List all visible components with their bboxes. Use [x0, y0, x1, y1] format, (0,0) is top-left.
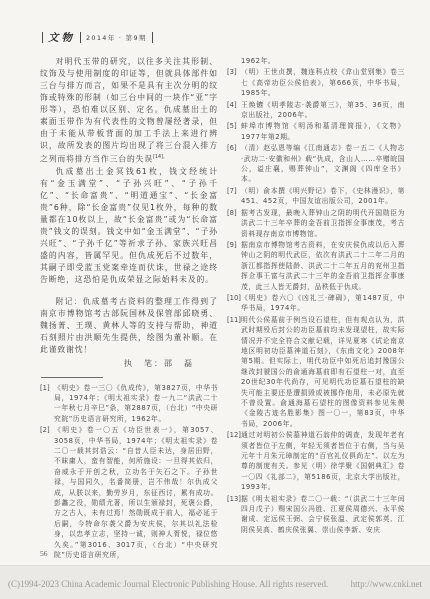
footnote-text: （明）俞本撰《明兴野记》卷下，《史林漫识》，第451、452页，中国友谊出版公司… [241, 186, 405, 207]
footnote-number [227, 56, 241, 66]
footnote-item: [7] （明）俞本撰《明兴野记》卷下，《史林漫识》，第451、452页，中国友谊… [227, 186, 405, 207]
journal-scan-page: 文物 2014年 · 第9期 对明代玉带的研究，以往多关注其形制、纹饰及与使用制… [0, 0, 430, 599]
footnote-item: [9] 据南京市博物馆考古资料，在安庆侯仇成以后入葬钟山之阴的明代武臣，依次有洪… [227, 240, 405, 292]
footnote-number: [8] [227, 208, 241, 239]
footnote-number: [4] [227, 100, 241, 121]
body-paragraph-2: 仇成墓出土金冥钱61枚，钱文经统计有“金玉满堂”、“子孙兴旺”、“子孙千亿”、“… [40, 166, 218, 286]
footnote-number: [2] [40, 425, 54, 560]
footnote-number: [1] [40, 383, 54, 425]
footnote-text: 《明史》卷六〇《凶礼三·碑碣》，第1487页，中华书局，1974年。 [241, 293, 405, 314]
footnote-text: 据《明太祖实录》卷二〇一载：“（洪武二十三年闰四月戊子）赐宋国公冯胜、江夏侯周德… [241, 494, 405, 536]
left-column: 对明代玉带的研究，以往多关注其形制、纹饰及与使用制度的印证等，但就具体部件如三台… [40, 56, 218, 564]
footnote-text: 明代公侯墓前于例当设石望柱，但有观点认为，洪武时期殁后封公的功臣墓前均未发现望柱… [241, 315, 405, 429]
footnote-item: [6] （清）赵弘恩等编《江南通志》卷一五二《人物志·武功二·安徽和州》载“仇成… [227, 143, 405, 185]
footnote-number: [11] [227, 315, 241, 429]
header-divider [80, 32, 81, 43]
footnote-text: （清）赵弘恩等编《江南通志》卷一五二《人物志·武功二·安徽和州》载“仇成，含山人… [241, 143, 405, 185]
footnote-number: [9] [227, 240, 241, 292]
journal-title: 文物 [48, 30, 75, 45]
footnote-text: 1962年。 [241, 56, 405, 66]
footnote-text: 王焕镳《明孝陵志·袭爵第三》，第35、36页，南京出版社，2006年。 [241, 100, 405, 121]
footnote-item: [11] 明代公侯墓前于例当设石望柱，但有观点认为，洪武时期殁后封公的功臣墓前均… [227, 315, 405, 429]
footnote-number: [12] [227, 430, 241, 492]
footnote-number: [6] [227, 143, 241, 185]
footnote-text: 《明史》卷一三〇《仇成传》，第3827页，中华书局，1974年；《明太祖实录》卷… [54, 383, 218, 425]
footnote-text: （明）王世贞撰，魏连科点校《弇山堂别集》卷三七《高帝功臣公侯伯表》，第666页，… [241, 67, 405, 98]
footnote-text: 蚌埠市博物馆《明汤和墓清理简报》，《文物》1977年第2期。 [241, 121, 405, 142]
footnote-item: 1962年。 [227, 56, 405, 66]
footnote-item: [3] （明）王世贞撰，魏连科点校《弇山堂别集》卷三七《高帝功臣公侯伯表》，第6… [227, 67, 405, 98]
journal-issue: 2014年 · 第9期 [86, 33, 147, 42]
footnote-separator-line [41, 377, 103, 378]
footnote-text: 通过对明初公侯墓神道石翁仲的调查，发现年老有须者皆位于左侧，年轻无须者皆位于右侧… [241, 430, 405, 492]
footnote-item: [13] 据《明太祖实录》卷二〇一载：“（洪武二十三年闰四月戊子）赐宋国公冯胜、… [227, 494, 405, 536]
right-column: 1962年。 [3] （明）王世贞撰，魏连科点校《弇山堂别集》卷三七《高帝功臣公… [227, 56, 405, 564]
footnote-number: [3] [227, 67, 241, 98]
copyright-line: (C)1994-2023 China Academic Journal Elec… [8, 579, 422, 589]
footnote-item: [1] 《明史》卷一三〇《仇成传》，第3827页，中华书局，1974年；《明太祖… [40, 383, 218, 425]
footnote-number: [5] [227, 121, 241, 142]
footnote-text: 《明史》卷一〇五《功臣世表一》，第3057、3058页，中华书局，1974年；《… [54, 425, 218, 560]
footnote-item: [12] 通过对明初公侯墓神道石翁仲的调查，发现年老有须者皆位于左侧，年轻无须者… [227, 430, 405, 492]
cnki-url: http://www.cnki.net [351, 579, 422, 589]
author-byline: 执 笔：邵 磊 [40, 358, 218, 370]
footnote-text: 据南京市博物馆考古资料，在安庆侯仇成以后入葬钟山之阴的明代武臣，依次有洪武二十二… [241, 240, 405, 292]
footnote-item: [8] 据考古发现，最晚入葬钟山之阴的明代开国勋臣为洪武二十三年卒葬的金吾前卫指… [227, 208, 405, 239]
body-paragraph-1: 对明代玉带的研究，以往多关注其形制、纹饰及与使用制度的印证等，但就具体部件如三台… [40, 56, 218, 166]
copyright-text: (C)1994-2023 China Academic Journal Elec… [8, 579, 328, 589]
footnotes-left: [1] 《明史》卷一三〇《仇成传》，第3827页，中华书局，1974年；《明太祖… [40, 383, 218, 561]
footnotes-right: 1962年。 [3] （明）王世贞撰，魏连科点校《弇山堂别集》卷三七《高帝功臣公… [227, 56, 405, 535]
header-divider [42, 32, 43, 43]
page-header: 文物 2014年 · 第9期 [42, 30, 153, 45]
footnote-number: [13] [227, 494, 241, 536]
paragraph-text: 对明代玉带的研究，以往多关注其形制、纹饰及与使用制度的印证等，但就具体部件如三台… [40, 57, 218, 164]
footnote-item: [4] 王焕镳《明孝陵志·袭爵第三》，第35、36页，南京出版社，2006年。 [227, 100, 405, 121]
footnote-item: [5] 蚌埠市博物馆《明汤和墓清理简报》，《文物》1977年第2期。 [227, 121, 405, 142]
page-number: 56 [40, 549, 48, 558]
footnote-reference: [14]。 [153, 155, 168, 160]
footnote-item: [10] 《明史》卷六〇《凶礼三·碑碣》，第1487页，中华书局，1974年。 [227, 293, 405, 314]
footnote-item: [2] 《明史》卷一〇五《功臣世表一》，第3057、3058页，中华书局，197… [40, 425, 218, 560]
footnote-text: 据考古发现，最晚入葬钟山之阴的明代开国勋臣为洪武二十三年卒葬的金吾前卫指挥佥事康… [241, 208, 405, 239]
footnote-number: [10] [227, 293, 241, 314]
footnote-number: [7] [227, 186, 241, 207]
header-divider [152, 32, 153, 43]
postscript-paragraph: 附记：仇成墓考古资料的整理工作得到了南京市博物馆考古部阮国林及保管部邱晓勇、魏扬… [40, 296, 218, 356]
